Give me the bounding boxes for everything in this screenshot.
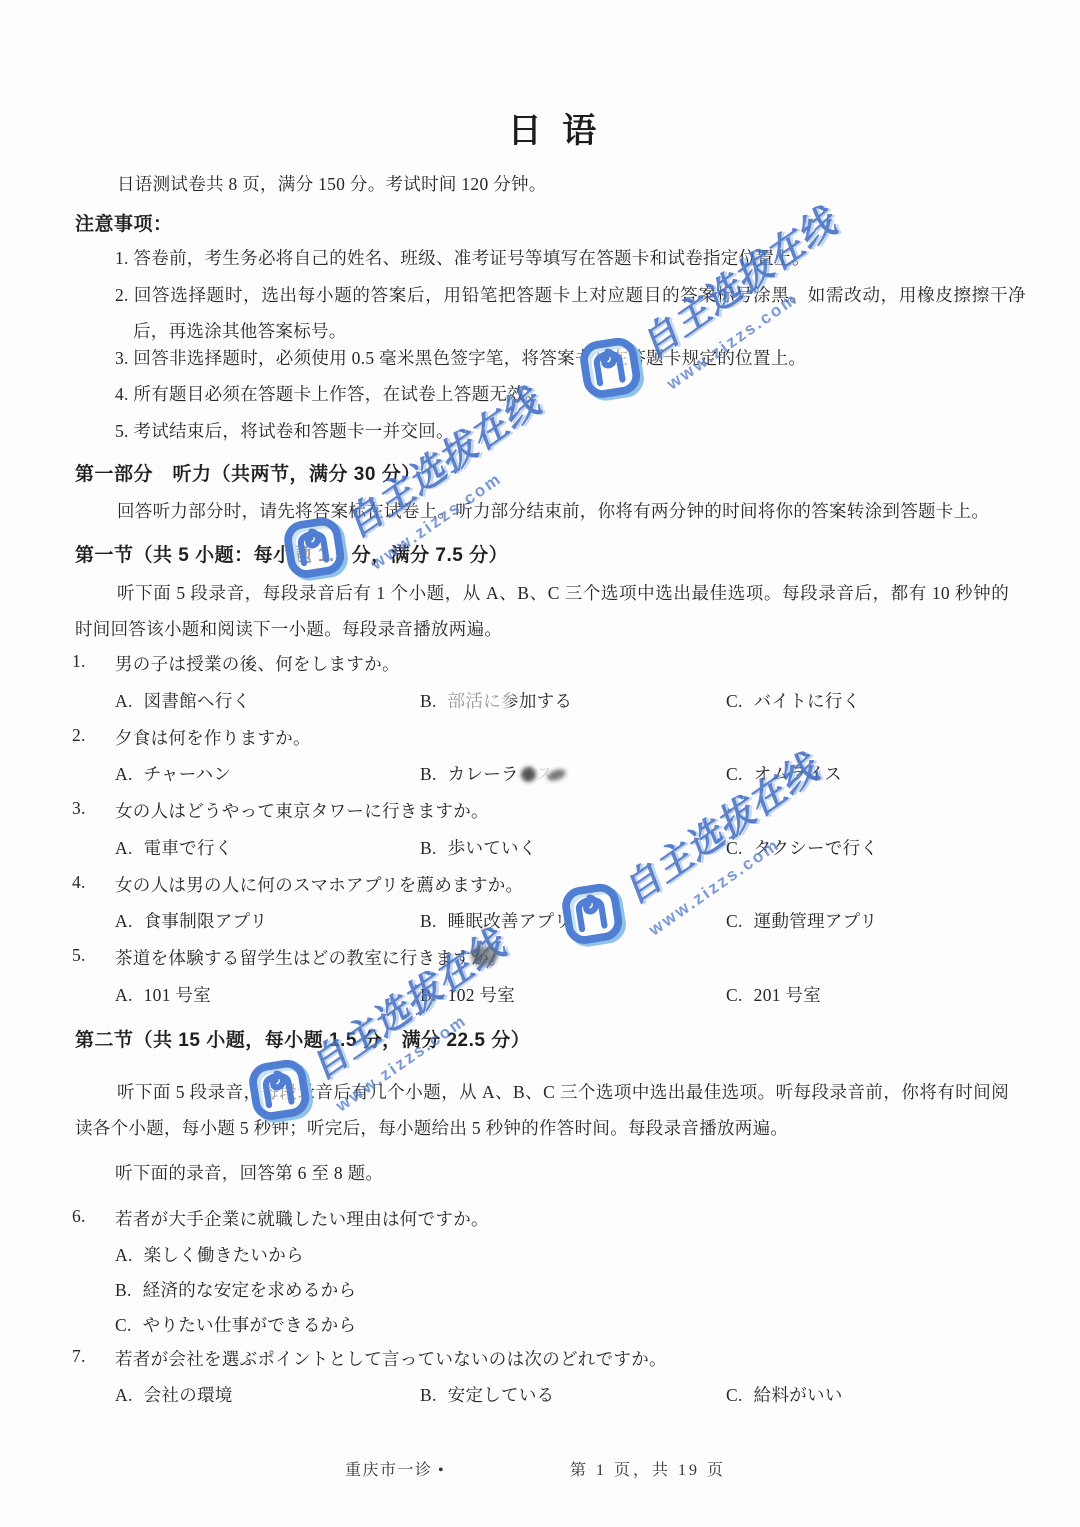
option-b: B.部活に参加する — [420, 688, 572, 713]
option-c: C.201 号室 — [726, 982, 821, 1007]
question-number: 1. — [72, 651, 112, 672]
notice-item-4: 4. 所有题目必须在答题卡上作答，在试卷上答题无效。 — [115, 381, 543, 406]
option-c: C.オムライス — [726, 761, 842, 786]
option-b: B.安定している — [420, 1382, 554, 1407]
section1-heading: 第一节（共 5 小题：每小题 1.5 分，满分 7.5 分） — [75, 540, 508, 567]
question-stem: 茶道を体験する留学生はどの教室に行きますか。 — [115, 945, 507, 970]
question-stem: 若者が大手企業に就職したい理由は何ですか。 — [115, 1206, 489, 1231]
question-number: 4. — [72, 872, 112, 893]
notice-item-2: 2. 回答选择题时，选出每小题的答案后，用铅笔把答题卡上对应题目的答案标号涂黑。… — [115, 277, 1026, 349]
footer-exam-name: 重庆市一诊 • — [345, 1457, 445, 1480]
option-b: B.102 号室 — [420, 982, 515, 1007]
question-stem: 女の人はどうやって東京タワーに行きますか。 — [115, 798, 489, 823]
notice-item-3: 3. 回答非选择题时，必须使用 0.5 毫米黑色签字笔，将答案书写在答题卡规定的… — [115, 345, 806, 370]
option-c: C.やりたい仕事ができるから — [115, 1312, 356, 1337]
option-a: A.チャーハン — [115, 761, 231, 786]
option-a: A.101 号室 — [115, 982, 211, 1007]
option-b: B.経済的な安定を求めるから — [115, 1277, 356, 1302]
part1-heading: 第一部分 听力（共两节，满分 30 分） — [75, 459, 421, 486]
option-b: B.カレーライス — [420, 761, 554, 786]
part1-description: 回答听力部分时，请先将答案标在试卷上。听力部分结束前，你将有两分钟的时间将你的答… — [75, 493, 1009, 529]
option-a: A.図書館へ行く — [115, 688, 250, 713]
footer-page-info: 第 1 页，共 19 页 — [570, 1457, 726, 1480]
section2-description: 听下面 5 段录音，每段录音后有几个小题，从 A、B、C 三个选项中选出最佳选项… — [75, 1074, 1009, 1146]
notice-item-1: 1. 答卷前，考生务必将自己的姓名、班级、准考证号等填写在答题卡和试卷指定位置上… — [115, 245, 810, 270]
section1-description: 听下面 5 段录音，每段录音后有 1 个小题，从 A、B、C 三个选项中选出最佳… — [75, 575, 1009, 647]
question-number: 3. — [72, 798, 112, 819]
question-number: 6. — [72, 1206, 112, 1227]
option-b: B.睡眠改善アプリ — [420, 908, 572, 933]
option-a: A.会社の環境 — [115, 1382, 233, 1407]
question-stem: 男の子は授業の後、何をしますか。 — [115, 651, 400, 676]
option-a: A.電車で行く — [115, 835, 233, 860]
option-c: C.運動管理アプリ — [726, 908, 878, 933]
notice-item-5: 5. 考试结束后，将试卷和答题卡一并交回。 — [115, 418, 454, 443]
option-a: A.食事制限アプリ — [115, 908, 268, 933]
notice-heading: 注意事项： — [75, 209, 173, 236]
option-b: B.歩いていく — [420, 835, 537, 860]
intro-text: 日语测试卷共 8 页，满分 150 分。考试时间 120 分钟。 — [117, 171, 547, 196]
section2-sub-instruction: 听下面的录音，回答第 6 至 8 题。 — [115, 1160, 383, 1185]
question-stem: 夕食は何を作りますか。 — [115, 725, 311, 750]
option-c: C.タクシーで行く — [726, 835, 878, 860]
question-stem: 若者が会社を選ぶポイントとして言っていないのは次のどれですか。 — [115, 1346, 667, 1371]
exam-paper-page: 自主选拔在线 www.zizzs.com 自主选拔在线 www.zizzs.co… — [0, 0, 1080, 1527]
option-a: A.楽しく働きたいから — [115, 1242, 304, 1267]
question-number: 2. — [72, 725, 112, 746]
question-stem: 女の人は男の人に何のスマホアプリを薦めますか。 — [115, 872, 523, 897]
question-number: 7. — [72, 1346, 112, 1367]
option-c: C.給料がいい — [726, 1382, 843, 1407]
option-c: C.バイトに行く — [726, 688, 860, 713]
question-number: 5. — [72, 945, 112, 966]
page-title: 日 语 — [0, 103, 1080, 152]
section2-heading: 第二节（共 15 小题，每小题 1.5 分，满分 22.5 分） — [75, 1025, 530, 1052]
